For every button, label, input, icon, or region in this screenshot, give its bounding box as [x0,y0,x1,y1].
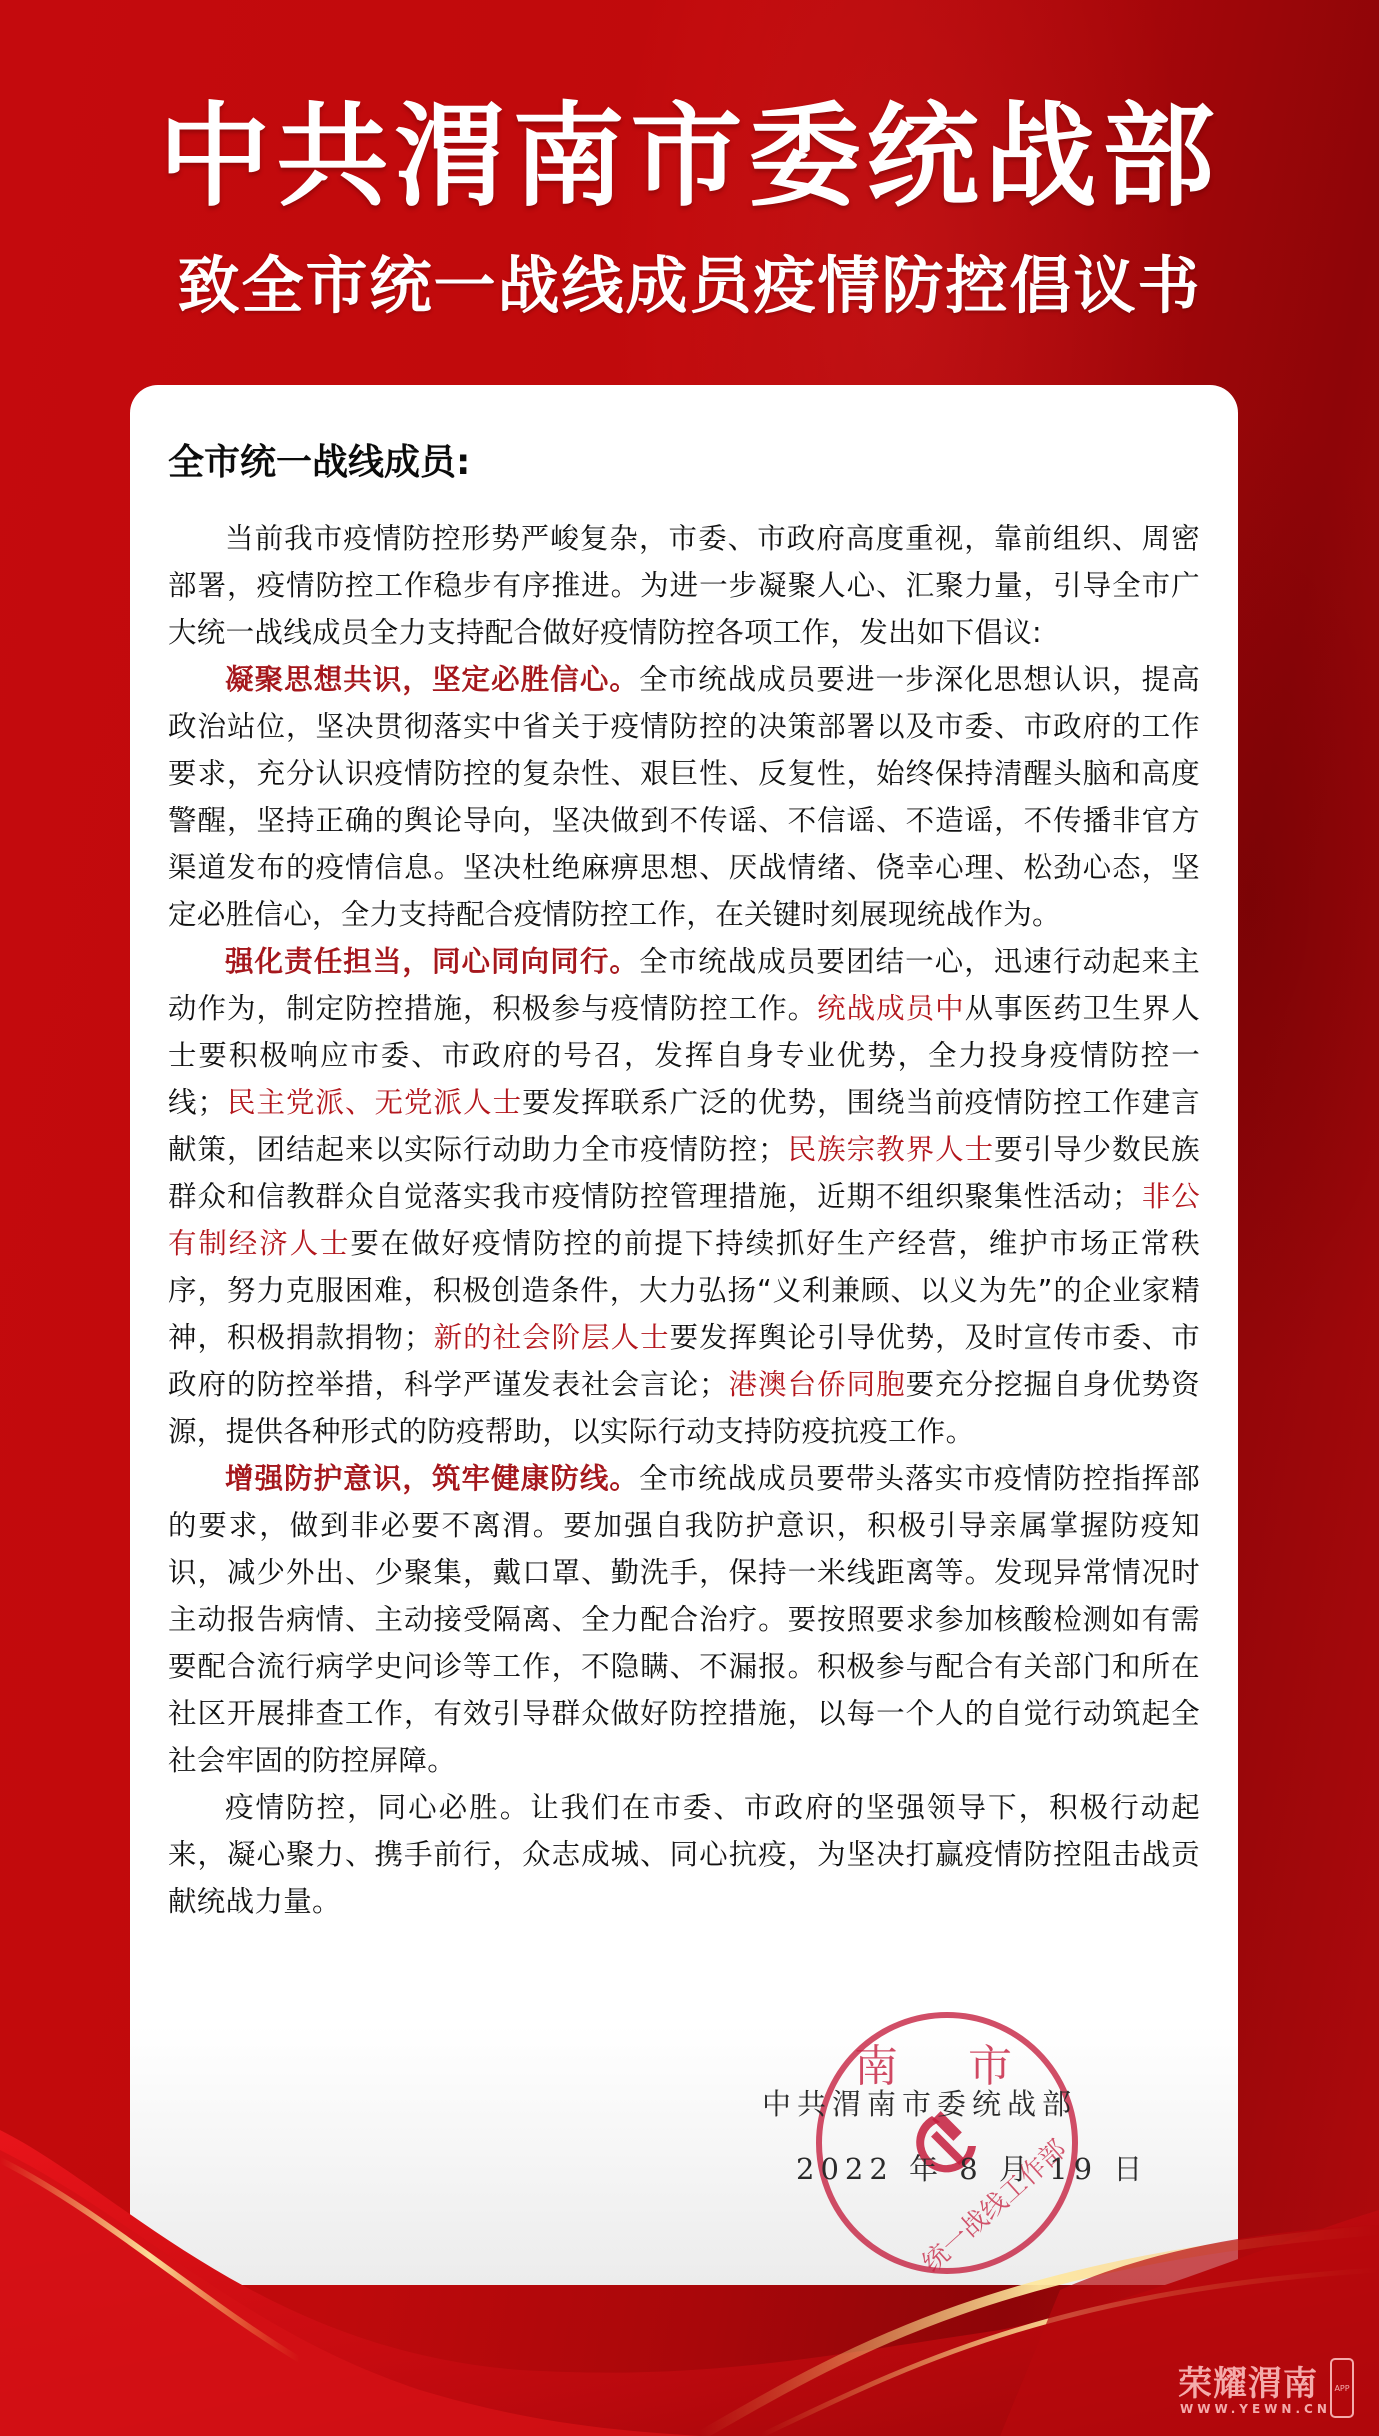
section-3-paragraph: 增强防护意识，筑牢健康防线。全市统战成员要带头落实市疫情防控指挥部的要求，做到非… [168,1455,1200,1784]
watermark-url: WWW.YEWN.CN [1180,2402,1331,2416]
letter-content: 全市统一战线成员: 当前我市疫情防控形势严峻复杂，市委、市政府高度重视，靠前组织… [168,437,1200,1925]
section-1-heading: 凝聚思想共识，坚定必胜信心。 [225,663,639,696]
section-3-heading: 增强防护意识，筑牢健康防线。 [225,1462,639,1495]
red-ribbon-decoration [0,2130,1379,2436]
group-united-front-members: 统战成员中 [817,992,965,1025]
closing-paragraph: 疫情防控，同心必胜。让我们在市委、市政府的坚强领导下，积极行动起来，凝心聚力、携… [168,1784,1200,1925]
section-2-paragraph: 强化责任担当，同心同向同行。全市统战成员要团结一心，迅速行动起来主动作为，制定防… [168,938,1200,1455]
signature-organization: 中共渭南市委统战部 [762,2075,1077,2133]
salutation: 全市统一战线成员: [168,437,1200,489]
group-ethnic-religious: 民族宗教界人士 [787,1133,994,1166]
section-2-heading: 强化责任担当，同心同向同行。 [225,945,639,978]
section-3-body: 全市统战成员要带头落实市疫情防控指挥部的要求，做到非必要不离渭。要加强自我防护意… [168,1462,1200,1777]
phone-app-icon: APP [1330,2358,1354,2418]
app-watermark: 荣耀渭南 WWW.YEWN.CN APP [1178,2356,1378,2426]
page-title: 中共渭南市委统战部 [0,92,1379,222]
section-1-body: 全市统战成员要进一步深化思想认识，提高政治站位，坚决贯彻落实中省关于疫情防控的决… [168,663,1200,931]
watermark-name: 荣耀渭南 [1178,2356,1318,2405]
page-subtitle: 致全市统一战线成员疫情防控倡议书 [0,246,1379,326]
letter-card: 全市统一战线成员: 当前我市疫情防控形势严峻复杂，市委、市政府高度重视，靠前组织… [130,385,1238,2285]
intro-paragraph: 当前我市疫情防控形势严峻复杂，市委、市政府高度重视，靠前组织、周密部署，疫情防控… [168,515,1200,656]
group-new-social-strata: 新的社会阶层人士 [433,1321,670,1354]
group-hk-macao-taiwan-overseas: 港澳台侨同胞 [728,1368,906,1401]
watermark-badge: APP [1334,2384,1349,2393]
section-1-paragraph: 凝聚思想共识，坚定必胜信心。全市统战成员要进一步深化思想认识，提高政治站位，坚决… [168,656,1200,938]
group-democratic-parties: 民主党派、无党派人士 [226,1086,522,1119]
